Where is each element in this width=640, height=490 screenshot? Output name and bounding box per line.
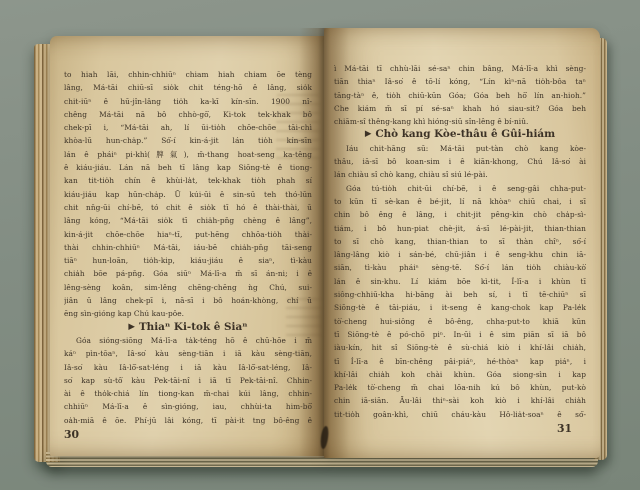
page-number-right: 31 bbox=[334, 422, 586, 436]
text-line: lán chiàu sî chò kang, chiàu sî siú lé-p… bbox=[334, 168, 586, 181]
text-line: tò͘-cheng hui-siông ê bô-êng, chha-put-t… bbox=[334, 315, 586, 328]
text-line: tāng-tàⁿ ê, tio̍h chiū-kūn Góa; Góa beh … bbox=[334, 89, 586, 102]
left-page-text: to hiah lāi, chhin-chhiūⁿ chiam hiah chi… bbox=[64, 68, 312, 442]
text-line: to kūn tī sè-kan ê bé-jit, lí nā khòaⁿ c… bbox=[334, 195, 586, 208]
text-line: Che kiám m̄ sī pí sé-saⁿ khah hó siau-si… bbox=[334, 102, 586, 115]
text-line: káⁿ pìn-tōaⁿ, Iâ-so͘ kàu sèng-tiān i iā … bbox=[64, 347, 312, 360]
right-section-heading: ▶Chò kang Kòe-thâu ê Gûi-hiám bbox=[334, 128, 586, 141]
text-line: lêng-sèng koân, sim-lêng chēng-chēng ǹg … bbox=[64, 281, 312, 294]
text-line: chiām-sî thêng-kang khì hióng-siū sîn-lê… bbox=[334, 115, 586, 128]
text-line: Iâ-so͘ kàu Iâ-lō͘-sat-léng i iā kàu Iâ-l… bbox=[64, 361, 312, 374]
text-line: tī Siōng-tè ê pó-chō piⁿ. In-ūi i ê sim … bbox=[334, 328, 586, 341]
right-page-text: ì Má-tāi tī chhù-lāi sé-saⁿ chin bâng, M… bbox=[334, 62, 586, 436]
left-paragraph-1: to hiah lāi, chhin-chhiūⁿ chiam hiah chi… bbox=[64, 68, 312, 321]
text-line: kiáu-jiáu kap hūn-cha̍p. Ū kúi-ūi ê sin-… bbox=[64, 188, 312, 201]
text-line: siān, tì-kàu pháiⁿ sèng-tē. Só͘-í lán ti… bbox=[334, 261, 586, 274]
text-line: kin-á-jit chōe-chōe hiaⁿ-tī, put-hēng ch… bbox=[64, 228, 312, 241]
text-line: tī Í-lī-a ê bīn-chêng pâi-piáⁿ, hé-thòaⁿ… bbox=[334, 355, 586, 368]
left-section-heading: ▶Thiaⁿ Ki-tok ê Siaⁿ bbox=[64, 321, 312, 334]
right-paragraph-3: Góa tú-tio̍h chit-ūi chí-bē, i ê seng-gâ… bbox=[334, 182, 586, 421]
text-line: chek-pī i, “Má-tāi ah, lí ūi-tio̍h chōe-… bbox=[64, 121, 312, 134]
text-line: Góa tú-tio̍h chit-ūi chí-bē, i ê seng-gâ… bbox=[334, 182, 586, 195]
section-heading-text: Thiaⁿ Ki-tok ê Siaⁿ bbox=[139, 321, 248, 333]
text-line: Siōng-tè ê tāi-piáu, i it-seng ê kang-ch… bbox=[334, 301, 586, 314]
text-line: tiāⁿ hun-loān, tio̍h-kip, kiáu-jiáu ê si… bbox=[64, 254, 312, 267]
text-line: tit-tio̍h goân-khì, chiū cháu-kàu Hô-lia… bbox=[334, 408, 586, 421]
left-paragraph-2: Góa sióng-siōng Má-lī-a ta̍k-téng hō ê c… bbox=[64, 334, 312, 427]
text-line: iàu-kín, hit sî Siōng-tè ê sù-chiá kiò i… bbox=[334, 341, 586, 354]
text-line: siông-chhiū-kha hi-bāng ài beh sí, i tī … bbox=[334, 288, 586, 301]
text-line: jiân ū lâng chek-pī i, nā-sī i bô hoán-k… bbox=[64, 294, 312, 307]
text-line: ê kiáu-jiáu. Lán nā beh tī lâng kap Siōn… bbox=[64, 161, 312, 174]
text-line: tiám, i bô hun-piat chè-jit, á-sī lé-pài… bbox=[334, 222, 586, 235]
text-line: lán ê sin-khu. Lí kiám bōe kì-tit, Í-lī-… bbox=[334, 275, 586, 288]
text-line: Iáu chit-hāng sū: Má-tāi put-tàn chò kan… bbox=[334, 142, 586, 155]
text-line: to hiah lāi, chhin-chhiūⁿ chiam hiah chi… bbox=[64, 68, 312, 81]
text-line: chit-iūⁿ ê hū-jîn-lâng tio̍h ka-kī kín-s… bbox=[64, 95, 312, 108]
text-line: lán ê pháiⁿ pi-khì(脾氣), m̄-thang hoat-se… bbox=[64, 148, 312, 161]
text-line: thài chhin-chhiūⁿ Má-tāi, iáu-bē chia̍h-… bbox=[64, 241, 312, 254]
text-line: ài ê tho̍k-chiá lín tiong-kan m̄-chai kú… bbox=[64, 387, 312, 400]
text-line: chin bô êng ê lâng, i chit-jit pêng-kin … bbox=[334, 208, 586, 221]
text-line: thâu, iā-sī bô koan-sim i ê kiān-khong, … bbox=[334, 155, 586, 168]
text-line: to sī chò kang, thian-thian to sī thàn c… bbox=[334, 235, 586, 248]
text-line: khòa-lū hun-cha̍p.” Só͘-í kin-á-jit lán … bbox=[64, 134, 312, 147]
text-line: chêng Má-tāi nā bô chhò-gō͘, Ki-tok tek-… bbox=[64, 108, 312, 121]
section-heading-text: Chò kang Kòe-thâu ê Gûi-hiám bbox=[375, 128, 555, 140]
text-line: lâng, Má-tāi chiū-sī sio̍k chit téng-hō … bbox=[64, 81, 312, 94]
text-line: oa̍h-miā ê ōe. Phí-jū lâi kóng, tī pài-i… bbox=[64, 414, 312, 427]
text-line: Pa-le̍k tò͘-cheng m̄ chai lōa-nih kú bô … bbox=[334, 381, 586, 394]
text-line: chhiūⁿ Má-lī-a ê sìn-gióng, iau, chhùi-t… bbox=[64, 400, 312, 413]
section-marker-icon: ▶ bbox=[365, 129, 372, 139]
text-line: kan tit-tio̍h chín ê khùi-la̍t, tek-khak… bbox=[64, 174, 312, 187]
text-line: chia̍h bōe pá-pn̄g. Góa siūⁿ Má-lī-a m̄ … bbox=[64, 267, 312, 280]
text-line: chit nn̄g-ūi chí-bē, tó chit ê sio̍k tī … bbox=[64, 201, 312, 214]
right-paragraph-2: Iáu chit-hāng sū: Má-tāi put-tàn chò kan… bbox=[334, 142, 586, 182]
text-line: lâng-lâng kiò i sán-bé, chū-jiân i ê sen… bbox=[334, 248, 586, 261]
text-line: so͘ kap sù-tô͘ kàu Pek-tāi-nî i iā tī Pe… bbox=[64, 374, 312, 387]
text-line: ì Má-tāi tī chhù-lāi sé-saⁿ chin bâng, M… bbox=[334, 62, 586, 75]
text-line: khí-lâi chia̍h koh chài khùn. Góa siong-… bbox=[334, 368, 586, 381]
text-line: chin iā-siān. Āu-lâi thiⁿ-sài koh kiò i … bbox=[334, 394, 586, 407]
text-line: lâng kóng, “Má-tāi sio̍k tī chia̍h-pn̄g … bbox=[64, 214, 312, 227]
right-paragraph-1: ì Má-tāi tī chhù-lāi sé-saⁿ chin bâng, M… bbox=[334, 62, 586, 128]
open-book-photo: to hiah lāi, chhin-chhiūⁿ chiam hiah chi… bbox=[0, 0, 640, 490]
text-line: ēng sìn-gióng kap Chú kau-pôe. bbox=[64, 307, 312, 320]
text-line: tiān thiaⁿ Iâ-so͘ ê tō-lí kóng, “Lín kìⁿ… bbox=[334, 75, 586, 88]
page-number-left: 30 bbox=[64, 428, 312, 442]
text-line: Góa sióng-siōng Má-lī-a ta̍k-téng hō ê c… bbox=[64, 334, 312, 347]
section-marker-icon: ▶ bbox=[128, 322, 135, 332]
